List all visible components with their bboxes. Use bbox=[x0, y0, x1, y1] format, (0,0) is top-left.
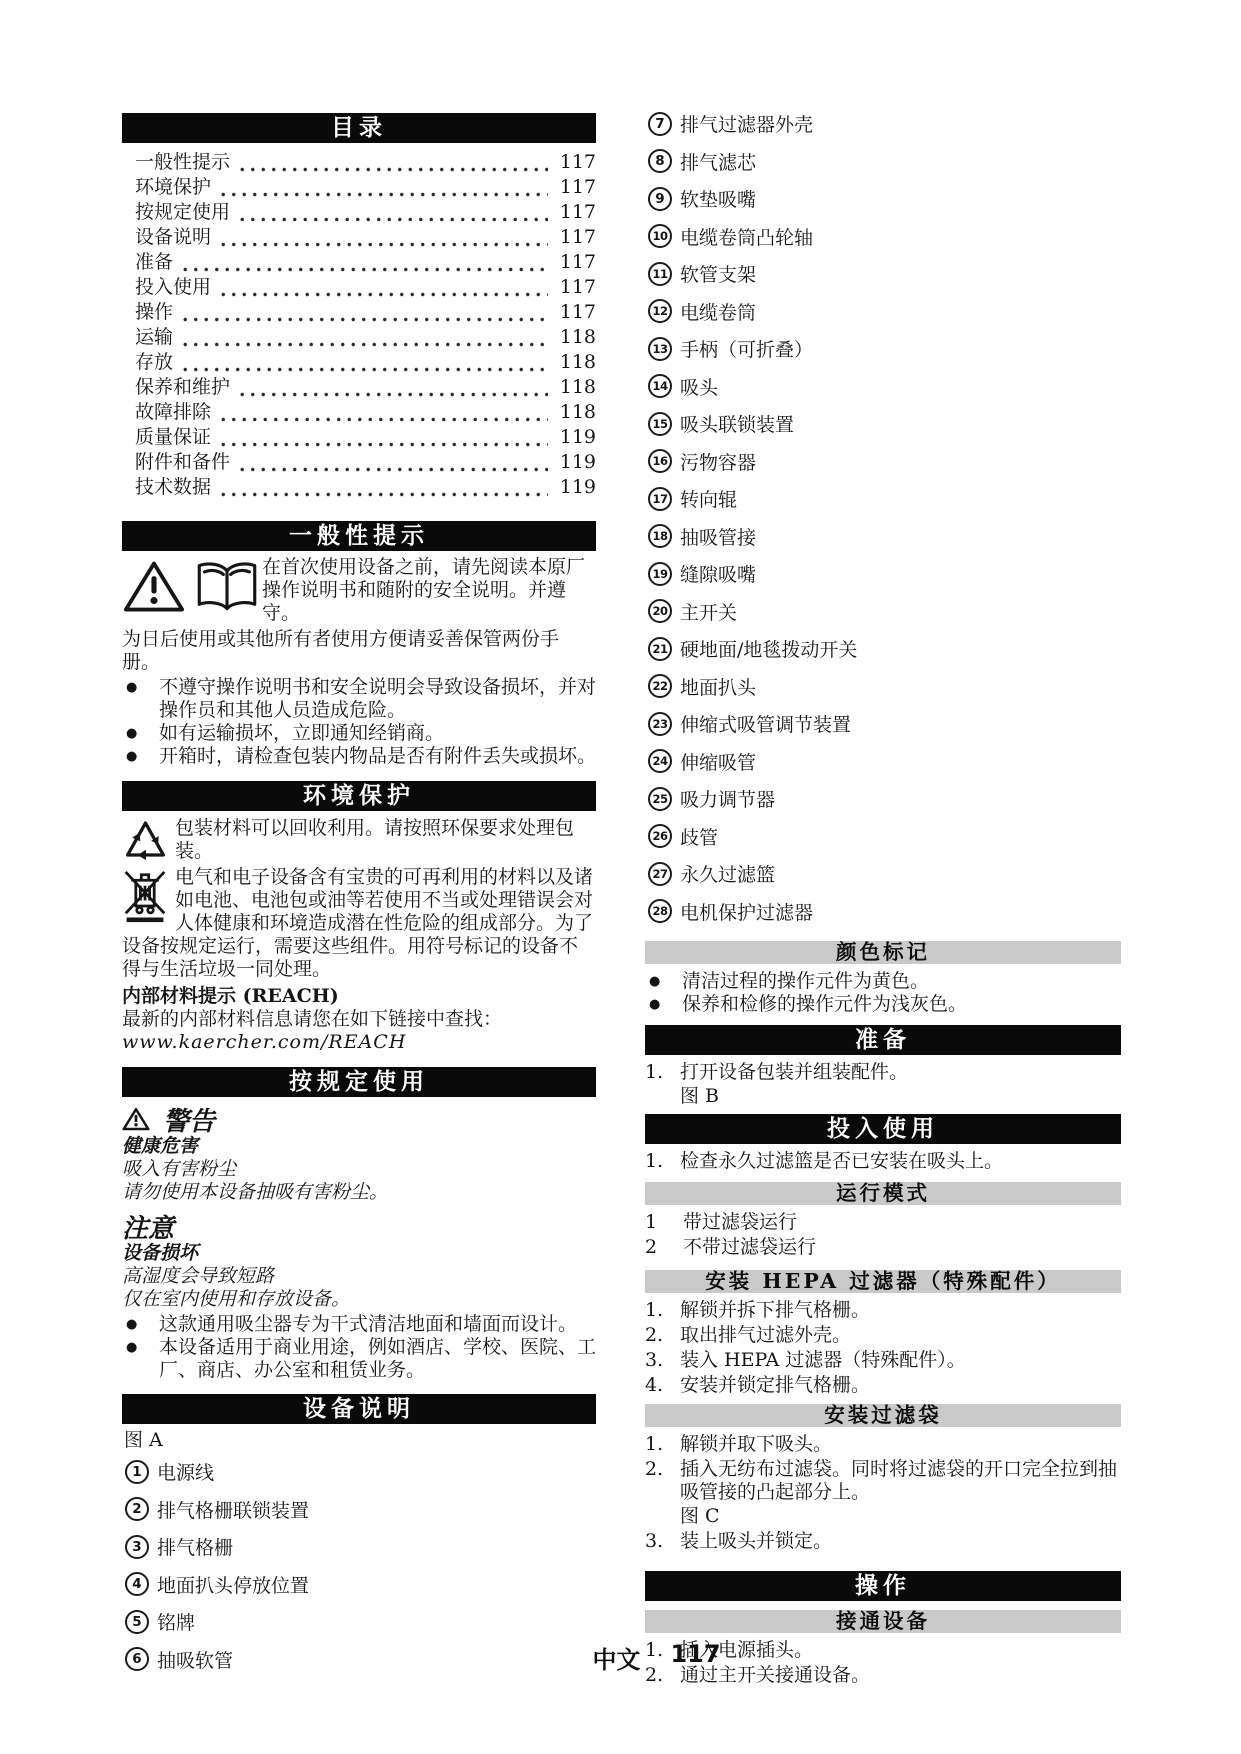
device-item: 13手柄（可折叠） bbox=[645, 335, 1121, 362]
toc-entry-page: 118 bbox=[552, 375, 596, 400]
color-marking-header: 颜色标记 bbox=[645, 941, 1121, 964]
device-item-number: 24 bbox=[648, 749, 672, 773]
bullet-item: ●这款通用吸尘器专为干式清洁地面和墙面而设计。 bbox=[122, 1313, 596, 1336]
device-item-label: 吸头 bbox=[680, 373, 718, 400]
filter-bag-steps: 1.解锁并取下吸头。2.插入无纺布过滤袋。同时将过滤袋的开口完全拉到抽吸管接的凸… bbox=[645, 1433, 1121, 1553]
notice-subtitle: 设备损坏 bbox=[122, 1242, 596, 1265]
toc-entry: 按规定使用117 bbox=[135, 200, 596, 225]
device-item-number: 1 bbox=[125, 1460, 149, 1484]
device-item-label: 伸缩式吸管调节装置 bbox=[680, 710, 851, 737]
toc-entry: 一般性提示117 bbox=[135, 150, 596, 175]
filter-bag-header: 安装过滤袋 bbox=[645, 1404, 1121, 1427]
bullet-item: ●清洁过程的操作元件为黄色。 bbox=[645, 970, 1121, 993]
reach-title: 内部材料提示 (REACH) bbox=[122, 985, 596, 1008]
toc-entry-page: 117 bbox=[552, 150, 596, 175]
device-item-label: 伸缩吸管 bbox=[680, 748, 756, 775]
step-text: 检查永久过滤篮是否已安装在吸头上。 bbox=[680, 1150, 1121, 1173]
section-preparation: 准备 1.打开设备包装并组装配件。图 B bbox=[645, 1025, 1121, 1108]
reach-block: 内部材料提示 (REACH) 最新的内部材料信息请您在如下链接中查找： www.… bbox=[122, 985, 596, 1054]
toc-entry-label: 操作 bbox=[135, 300, 173, 325]
device-item-number: 14 bbox=[648, 374, 672, 398]
device-item-label: 铭牌 bbox=[157, 1608, 195, 1635]
step-item: 3.装上吸头并锁定。 bbox=[645, 1530, 1121, 1553]
bullet-text: 不遵守操作说明书和安全说明会导致设备损坏，并对操作员和其他人员造成危险。 bbox=[159, 676, 596, 722]
device-item-label: 软垫吸嘴 bbox=[680, 185, 756, 212]
device-item: 2排气格栅联锁装置 bbox=[122, 1496, 596, 1523]
device-item-number: 18 bbox=[648, 524, 672, 548]
step-text: 取出排气过滤外壳。 bbox=[680, 1324, 1121, 1347]
mode-number: 1 bbox=[645, 1211, 683, 1234]
step-text: 打开设备包装并组装配件。 bbox=[680, 1061, 1121, 1084]
device-item: 27永久过滤篮 bbox=[645, 860, 1121, 887]
toc-header: 目录 bbox=[122, 113, 596, 143]
device-item-number: 5 bbox=[125, 1610, 149, 1634]
toc-entry-page: 118 bbox=[552, 325, 596, 350]
device-item-label: 电缆卷筒凸轮轴 bbox=[680, 223, 813, 250]
figure-reference: 图 B bbox=[680, 1085, 1121, 1108]
section-operating-modes: 运行模式 1带过滤袋运行2不带过滤袋运行 bbox=[645, 1182, 1121, 1259]
step-text-wrap: 安装并锁定排气格栅。 bbox=[680, 1374, 1121, 1397]
warning-triangle-icon bbox=[122, 559, 186, 614]
device-item: 10电缆卷筒凸轮轴 bbox=[645, 223, 1121, 250]
step-number: 2. bbox=[645, 1324, 680, 1347]
device-item: 14吸头 bbox=[645, 373, 1121, 400]
device-item-number: 8 bbox=[648, 149, 672, 173]
step-text-wrap: 解锁并取下吸头。 bbox=[680, 1433, 1121, 1456]
section-environment: 环境保护 包装材料可以回收利用。请按照环保要求处理包装。 bbox=[122, 781, 596, 1054]
step-number: 1. bbox=[645, 1299, 680, 1322]
device-item-label: 排气滤芯 bbox=[680, 148, 756, 175]
warning-line: 吸入有害粉尘 bbox=[122, 1158, 596, 1181]
device-item: 22地面扒头 bbox=[645, 673, 1121, 700]
toc-entry-label: 存放 bbox=[135, 350, 173, 375]
hepa-filter-steps: 1.解锁并拆下排气格栅。2.取出排气过滤外壳。3.装入 HEPA 过滤器（特殊配… bbox=[645, 1299, 1121, 1397]
step-text: 解锁并拆下排气格栅。 bbox=[680, 1299, 1121, 1322]
warning-line: 请勿使用本设备抽吸有害粉尘。 bbox=[122, 1181, 596, 1204]
step-number: 3. bbox=[645, 1349, 680, 1372]
toc-dots bbox=[237, 375, 548, 400]
general-notes-intro: 在首次使用设备之前，请先阅读本原厂操作说明书和随附的安全说明。并遵守。 bbox=[122, 556, 596, 625]
footer: 中文 117 bbox=[36, 1640, 1241, 1675]
device-item-number: 25 bbox=[648, 787, 672, 811]
notice-line: 高湿度会导致短路 bbox=[122, 1265, 596, 1288]
footer-page-number: 117 bbox=[670, 1640, 720, 1675]
toc-entry-page: 118 bbox=[552, 350, 596, 375]
device-item-number: 2 bbox=[125, 1497, 149, 1521]
toc-entry-page: 117 bbox=[552, 225, 596, 250]
device-item-label: 排气格栅 bbox=[157, 1533, 233, 1560]
bullet-dot: ● bbox=[645, 970, 682, 993]
device-item-number: 3 bbox=[125, 1535, 149, 1559]
step-text: 安装并锁定排气格栅。 bbox=[680, 1374, 1121, 1397]
step-number: 4. bbox=[645, 1374, 680, 1397]
preparation-steps: 1.打开设备包装并组装配件。图 B bbox=[645, 1061, 1121, 1108]
step-number: 1. bbox=[645, 1433, 680, 1456]
section-filter-bag: 安装过滤袋 1.解锁并取下吸头。2.插入无纺布过滤袋。同时将过滤袋的开口完全拉到… bbox=[645, 1404, 1121, 1553]
device-item-number: 13 bbox=[648, 337, 672, 361]
toc-entry: 质量保证119 bbox=[135, 425, 596, 450]
bullet-text: 如有运输损坏，立即通知经销商。 bbox=[159, 722, 596, 745]
step-item: 2.取出排气过滤外壳。 bbox=[645, 1324, 1121, 1347]
step-number: 3. bbox=[645, 1530, 680, 1553]
device-item-number: 10 bbox=[648, 224, 672, 248]
step-text-wrap: 装入 HEPA 过滤器（特殊配件）。 bbox=[680, 1349, 1121, 1372]
general-notes-intro-text: 在首次使用设备之前，请先阅读本原厂操作说明书和随附的安全说明。并遵守。 bbox=[262, 556, 585, 624]
bullet-dot: ● bbox=[122, 1313, 159, 1336]
bullet-text: 开箱时，请检查包装内物品是否有附件丢失或损坏。 bbox=[159, 745, 596, 768]
device-item-number: 12 bbox=[648, 299, 672, 323]
toc-entry-label: 按规定使用 bbox=[135, 200, 230, 225]
toc-entry-label: 投入使用 bbox=[135, 275, 211, 300]
step-text: 解锁并取下吸头。 bbox=[680, 1433, 1121, 1456]
hepa-filter-header: 安装 HEPA 过滤器（特殊配件） bbox=[645, 1270, 1121, 1293]
manual-page: 目录 一般性提示117环境保护117按规定使用117设备说明117准备117投入… bbox=[0, 0, 1241, 1754]
device-item: 21硬地面/地毯拨动开关 bbox=[645, 635, 1121, 662]
toc-entry-label: 一般性提示 bbox=[135, 150, 230, 175]
device-item: 17转向辊 bbox=[645, 485, 1121, 512]
device-item-number: 27 bbox=[648, 862, 672, 886]
section-color-marking: 颜色标记 ●清洁过程的操作元件为黄色。●保养和检修的操作元件为浅灰色。 bbox=[645, 941, 1121, 1016]
device-item-label: 地面扒头停放位置 bbox=[157, 1571, 309, 1598]
device-item-label: 吸头联锁装置 bbox=[680, 410, 794, 437]
toc-entry-label: 附件和备件 bbox=[135, 450, 230, 475]
device-item-label: 地面扒头 bbox=[680, 673, 756, 700]
reach-text: 最新的内部材料信息请您在如下链接中查找： bbox=[122, 1008, 596, 1031]
device-item: 4地面扒头停放位置 bbox=[122, 1571, 596, 1598]
device-item-number: 23 bbox=[648, 712, 672, 736]
warning-subtitle: 健康危害 bbox=[122, 1135, 596, 1158]
bullet-dot: ● bbox=[122, 676, 159, 722]
device-item-number: 28 bbox=[648, 899, 672, 923]
device-item: 7排气过滤器外壳 bbox=[645, 110, 1121, 137]
figure-reference: 图 C bbox=[680, 1505, 1121, 1528]
operating-modes-list: 1带过滤袋运行2不带过滤袋运行 bbox=[645, 1211, 1121, 1259]
recycle-icon bbox=[122, 817, 175, 861]
device-item-label: 硬地面/地毯拨动开关 bbox=[680, 635, 857, 662]
operation-header: 操作 bbox=[645, 1571, 1121, 1601]
toc-entry: 操作117 bbox=[135, 300, 596, 325]
toc-dots bbox=[218, 425, 548, 450]
device-item-number: 26 bbox=[648, 824, 672, 848]
toc-entry-label: 环境保护 bbox=[135, 175, 211, 200]
toc-entry-label: 设备说明 bbox=[135, 225, 211, 250]
switch-on-header: 接通设备 bbox=[645, 1610, 1121, 1633]
step-item: 4.安装并锁定排气格栅。 bbox=[645, 1374, 1121, 1397]
device-item-label: 歧管 bbox=[680, 823, 718, 850]
toc-entry: 故障排除118 bbox=[135, 400, 596, 425]
toc-entry: 附件和备件119 bbox=[135, 450, 596, 475]
device-item-number: 15 bbox=[648, 412, 672, 436]
device-item: 26歧管 bbox=[645, 823, 1121, 850]
step-text: 装上吸头并锁定。 bbox=[680, 1530, 1121, 1553]
device-description-header: 设备说明 bbox=[122, 1394, 596, 1424]
device-item-number: 7 bbox=[648, 112, 672, 136]
toc-entry: 准备117 bbox=[135, 250, 596, 275]
device-item-label: 电源线 bbox=[157, 1458, 214, 1485]
color-marking-bullets: ●清洁过程的操作元件为黄色。●保养和检修的操作元件为浅灰色。 bbox=[645, 970, 1121, 1016]
general-notes-bullets: ●不遵守操作说明书和安全说明会导致设备损坏，并对操作员和其他人员造成危险。●如有… bbox=[122, 676, 596, 768]
device-item-number: 22 bbox=[648, 674, 672, 698]
device-item-number: 20 bbox=[648, 599, 672, 623]
bullet-item: ●如有运输损坏，立即通知经销商。 bbox=[122, 722, 596, 745]
bullet-text: 本设备适用于商业用途，例如酒店、学校、医院、工厂、商店、办公室和租赁业务。 bbox=[159, 1336, 596, 1382]
toc-entry: 投入使用117 bbox=[135, 275, 596, 300]
section-intended-use: 按规定使用 警告 健康危害 吸入有害粉尘 请勿使用本设备抽吸有害粉尘。 注意 设… bbox=[122, 1067, 596, 1382]
figure-reference: 图 A bbox=[124, 1429, 596, 1452]
device-item: 11软管支架 bbox=[645, 260, 1121, 287]
bullet-item: ●保养和检修的操作元件为浅灰色。 bbox=[645, 993, 1121, 1016]
step-text: 装入 HEPA 过滤器（特殊配件）。 bbox=[680, 1349, 1121, 1372]
preparation-header: 准备 bbox=[645, 1025, 1121, 1055]
bullet-dot: ● bbox=[645, 993, 682, 1016]
toc-entry-page: 119 bbox=[552, 475, 596, 500]
step-text-wrap: 解锁并拆下排气格栅。 bbox=[680, 1299, 1121, 1322]
section-startup: 投入使用 1.检查永久过滤篮是否已安装在吸头上。 bbox=[645, 1114, 1121, 1173]
step-number: 1. bbox=[645, 1061, 680, 1108]
device-item-label: 排气格栅联锁装置 bbox=[157, 1496, 309, 1523]
device-item-label: 电缆卷筒 bbox=[680, 298, 756, 325]
section-operation: 操作 bbox=[645, 1571, 1121, 1601]
toc-list: 一般性提示117环境保护117按规定使用117设备说明117准备117投入使用1… bbox=[135, 150, 596, 500]
device-item: 18抽吸管接 bbox=[645, 523, 1121, 550]
toc-entry: 存放118 bbox=[135, 350, 596, 375]
mode-text: 不带过滤袋运行 bbox=[683, 1236, 816, 1259]
bullet-text: 保养和检修的操作元件为浅灰色。 bbox=[682, 993, 1121, 1016]
toc-entry-label: 技术数据 bbox=[135, 475, 211, 500]
device-item: 28电机保护过滤器 bbox=[645, 898, 1121, 925]
open-book-icon bbox=[193, 559, 261, 612]
step-text: 插入无纺布过滤袋。同时将过滤袋的开口完全拉到抽吸管接的凸起部分上。 bbox=[680, 1458, 1121, 1504]
toc-entry-label: 运输 bbox=[135, 325, 173, 350]
manual-icons bbox=[122, 556, 262, 625]
recycle-paragraph: 包装材料可以回收利用。请按照环保要求处理包装。 bbox=[122, 817, 596, 863]
toc-entry-page: 117 bbox=[552, 250, 596, 275]
device-item-label: 软管支架 bbox=[680, 260, 756, 287]
weee-paragraph: 电气和电子设备含有宝贵的可再利用的材料以及诸如电池、电池包或油等若使用不当或处理… bbox=[122, 866, 596, 981]
device-item: 20主开关 bbox=[645, 598, 1121, 625]
step-text-wrap: 插入无纺布过滤袋。同时将过滤袋的开口完全拉到抽吸管接的凸起部分上。图 C bbox=[680, 1458, 1121, 1528]
operating-modes-header: 运行模式 bbox=[645, 1182, 1121, 1205]
mode-item: 1带过滤袋运行 bbox=[645, 1211, 1121, 1234]
toc-dots bbox=[237, 450, 548, 475]
mode-number: 2 bbox=[645, 1236, 683, 1259]
left-column: 目录 一般性提示117环境保护117按规定使用117设备说明117准备117投入… bbox=[122, 113, 596, 1683]
environment-header: 环境保护 bbox=[122, 781, 596, 811]
device-item-number: 9 bbox=[648, 187, 672, 211]
device-item-label: 污物容器 bbox=[680, 448, 756, 475]
device-item-number: 21 bbox=[648, 637, 672, 661]
device-item-label: 主开关 bbox=[680, 598, 737, 625]
toc-dots bbox=[237, 150, 548, 175]
toc-dots bbox=[218, 475, 548, 500]
step-item: 1.打开设备包装并组装配件。图 B bbox=[645, 1061, 1121, 1108]
reach-url: www.kaercher.com/REACH bbox=[122, 1031, 596, 1054]
notice-heading: 注意 bbox=[122, 1210, 596, 1242]
device-item-label: 吸力调节器 bbox=[680, 785, 775, 812]
warning-heading: 警告 bbox=[122, 1103, 596, 1135]
toc-entry: 设备说明117 bbox=[135, 225, 596, 250]
device-item-label: 转向辊 bbox=[680, 485, 737, 512]
toc-dots bbox=[180, 350, 548, 375]
bullet-text: 这款通用吸尘器专为干式清洁地面和墙面而设计。 bbox=[159, 1313, 596, 1336]
device-item: 8排气滤芯 bbox=[645, 148, 1121, 175]
device-items-7-28: 7排气过滤器外壳8排气滤芯9软垫吸嘴10电缆卷筒凸轮轴11软管支架12电缆卷筒1… bbox=[645, 110, 1121, 925]
keep-manual-text: 为日后使用或其他所有者使用方便请妥善保管两份手册。 bbox=[122, 628, 596, 674]
notice-word: 注意 bbox=[122, 1208, 174, 1245]
step-text-wrap: 检查永久过滤篮是否已安装在吸头上。 bbox=[680, 1150, 1121, 1173]
bullet-dot: ● bbox=[122, 722, 159, 745]
step-item: 1.解锁并取下吸头。 bbox=[645, 1433, 1121, 1456]
section-general-notes: 一般性提示 bbox=[122, 521, 596, 768]
bullet-item: ●开箱时，请检查包装内物品是否有附件丢失或损坏。 bbox=[122, 745, 596, 768]
device-item: 1电源线 bbox=[122, 1458, 596, 1485]
device-item-label: 缝隙吸嘴 bbox=[680, 560, 756, 587]
toc-dots bbox=[218, 175, 548, 200]
toc-entry-page: 119 bbox=[552, 425, 596, 450]
toc-dots bbox=[218, 275, 548, 300]
device-item-label: 排气过滤器外壳 bbox=[680, 110, 813, 137]
device-item-number: 4 bbox=[125, 1572, 149, 1596]
toc-dots bbox=[237, 200, 548, 225]
device-item-label: 手柄（可折叠） bbox=[680, 335, 813, 362]
toc-entry-label: 准备 bbox=[135, 250, 173, 275]
toc-entry-label: 保养和维护 bbox=[135, 375, 230, 400]
step-text-wrap: 装上吸头并锁定。 bbox=[680, 1530, 1121, 1553]
weee-bin-icon bbox=[122, 866, 175, 923]
section-hepa-filter: 安装 HEPA 过滤器（特殊配件） 1.解锁并拆下排气格栅。2.取出排气过滤外壳… bbox=[645, 1270, 1121, 1397]
step-item: 3.装入 HEPA 过滤器（特殊配件）。 bbox=[645, 1349, 1121, 1372]
bullet-item: ●本设备适用于商业用途，例如酒店、学校、医院、工厂、商店、办公室和租赁业务。 bbox=[122, 1336, 596, 1382]
step-text-wrap: 取出排气过滤外壳。 bbox=[680, 1324, 1121, 1347]
toc-entry: 运输118 bbox=[135, 325, 596, 350]
weee-text: 电气和电子设备含有宝贵的可再利用的材料以及诸如电池、电池包或油等若使用不当或处理… bbox=[122, 866, 593, 980]
startup-header: 投入使用 bbox=[645, 1114, 1121, 1144]
step-item: 1.解锁并拆下排气格栅。 bbox=[645, 1299, 1121, 1322]
device-item: 25吸力调节器 bbox=[645, 785, 1121, 812]
device-item-label: 抽吸管接 bbox=[680, 523, 756, 550]
bullet-item: ●不遵守操作说明书和安全说明会导致设备损坏，并对操作员和其他人员造成危险。 bbox=[122, 676, 596, 722]
toc-entry-page: 117 bbox=[552, 175, 596, 200]
intended-use-header: 按规定使用 bbox=[122, 1067, 596, 1097]
device-item-number: 17 bbox=[648, 487, 672, 511]
device-item-label: 电机保护过滤器 bbox=[680, 898, 813, 925]
device-item: 19缝隙吸嘴 bbox=[645, 560, 1121, 587]
footer-language: 中文 bbox=[592, 1640, 640, 1675]
toc-dots bbox=[180, 250, 548, 275]
toc-entry-page: 118 bbox=[552, 400, 596, 425]
warning-small-icon bbox=[122, 1107, 150, 1131]
toc-entry-page: 117 bbox=[552, 200, 596, 225]
toc-dots bbox=[218, 400, 548, 425]
device-item-number: 16 bbox=[648, 449, 672, 473]
step-number: 2. bbox=[645, 1458, 680, 1528]
device-item: 5铭牌 bbox=[122, 1608, 596, 1635]
device-item: 24伸缩吸管 bbox=[645, 748, 1121, 775]
bullet-text: 清洁过程的操作元件为黄色。 bbox=[682, 970, 1121, 993]
step-item: 2.插入无纺布过滤袋。同时将过滤袋的开口完全拉到抽吸管接的凸起部分上。图 C bbox=[645, 1458, 1121, 1528]
toc-entry: 技术数据119 bbox=[135, 475, 596, 500]
toc-entry-page: 117 bbox=[552, 275, 596, 300]
section-device-description: 设备说明 图 A 1电源线2排气格栅联锁装置3排气格栅4地面扒头停放位置5铭牌6… bbox=[122, 1394, 596, 1673]
device-item: 16污物容器 bbox=[645, 448, 1121, 475]
warning-word: 警告 bbox=[163, 1101, 215, 1138]
bullet-dot: ● bbox=[122, 1336, 159, 1382]
intended-use-bullets: ●这款通用吸尘器专为干式清洁地面和墙面而设计。●本设备适用于商业用途，例如酒店、… bbox=[122, 1313, 596, 1382]
recycle-text: 包装材料可以回收利用。请按照环保要求处理包装。 bbox=[175, 817, 574, 862]
mode-item: 2不带过滤袋运行 bbox=[645, 1236, 1121, 1259]
toc-entry-page: 117 bbox=[552, 300, 596, 325]
device-item: 9软垫吸嘴 bbox=[645, 185, 1121, 212]
toc-entry-label: 质量保证 bbox=[135, 425, 211, 450]
toc-entry-label: 故障排除 bbox=[135, 400, 211, 425]
device-item-label: 永久过滤篮 bbox=[680, 860, 775, 887]
toc-entry: 保养和维护118 bbox=[135, 375, 596, 400]
right-column: 7排气过滤器外壳8排气滤芯9软垫吸嘴10电缆卷筒凸轮轴11软管支架12电缆卷筒1… bbox=[645, 110, 1121, 1689]
device-item: 23伸缩式吸管调节装置 bbox=[645, 710, 1121, 737]
notice-line: 仅在室内使用和存放设备。 bbox=[122, 1288, 596, 1311]
step-item: 1.检查永久过滤篮是否已安装在吸头上。 bbox=[645, 1150, 1121, 1173]
mode-text: 带过滤袋运行 bbox=[683, 1211, 797, 1234]
toc-dots bbox=[180, 325, 548, 350]
toc-entry-page: 119 bbox=[552, 450, 596, 475]
step-text-wrap: 打开设备包装并组装配件。图 B bbox=[680, 1061, 1121, 1108]
startup-steps: 1.检查永久过滤篮是否已安装在吸头上。 bbox=[645, 1150, 1121, 1173]
bullet-dot: ● bbox=[122, 745, 159, 768]
general-notes-header: 一般性提示 bbox=[122, 521, 596, 551]
device-item: 12电缆卷筒 bbox=[645, 298, 1121, 325]
toc-entry: 环境保护117 bbox=[135, 175, 596, 200]
device-item: 15吸头联锁装置 bbox=[645, 410, 1121, 437]
toc-dots bbox=[180, 300, 548, 325]
device-item-number: 11 bbox=[648, 262, 672, 286]
toc-dots bbox=[218, 225, 548, 250]
step-number: 1. bbox=[645, 1150, 680, 1173]
device-item-number: 19 bbox=[648, 562, 672, 586]
device-item: 3排气格栅 bbox=[122, 1533, 596, 1560]
